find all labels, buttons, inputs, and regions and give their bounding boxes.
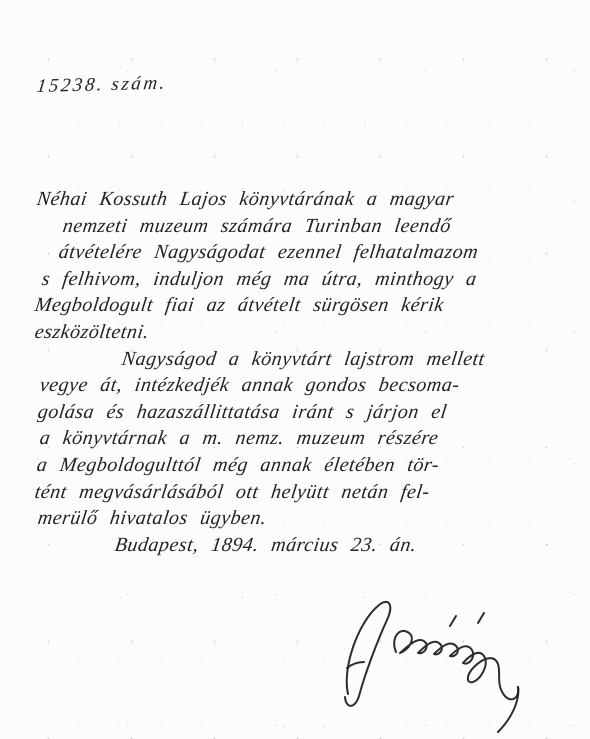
- handwritten-line: vegye át, intézkedjék annak gondos becso…: [33, 372, 582, 399]
- handwritten-line: a Megboldogulttól még annak életében tör…: [33, 452, 582, 479]
- handwritten-line: Nagyságod a könyvtárt lajstrom mellett: [33, 346, 582, 373]
- handwritten-line: Néhai Kossuth Lajos könyvtárának a magya…: [33, 186, 582, 213]
- letter-body: Néhai Kossuth Lajos könyvtárának a magya…: [33, 186, 578, 558]
- date-line: Budapest, 1894. március 23. án.: [33, 532, 582, 559]
- reference-number: 15238. szám.: [35, 73, 168, 98]
- handwritten-line: tént megvásárlásából ott helyütt netán f…: [33, 479, 582, 506]
- signature-autograph: [332, 596, 532, 739]
- handwritten-line: átvételére Nagyságodat ezennel felhatalm…: [33, 239, 582, 266]
- paragraph-authorization: Néhai Kossuth Lajos könyvtárának a magya…: [33, 186, 578, 346]
- handwritten-line: nemzeti muzeum számára Turinban leendő: [33, 213, 582, 240]
- handwritten-line: golása és hazaszállittatása iránt s járj…: [33, 399, 582, 426]
- signature-scribble-icon: [332, 596, 532, 739]
- handwritten-line: merülő hivatalos ügyben.: [33, 505, 582, 532]
- paragraph-instructions: Nagyságod a könyvtárt lajstrom mellett v…: [33, 346, 578, 532]
- handwritten-line: s felhivom, induljon még ma útra, mintho…: [33, 266, 582, 293]
- handwritten-line: a könyvtárnak a m. nemz. muzeum részére: [33, 425, 582, 452]
- handwritten-line: Megboldogult fiai az átvételt sürgösen k…: [33, 292, 582, 319]
- scanned-letter-page: 15238. szám. Néhai Kossuth Lajos könyvtá…: [0, 0, 590, 739]
- handwritten-line: eszközöltetni.: [33, 319, 582, 346]
